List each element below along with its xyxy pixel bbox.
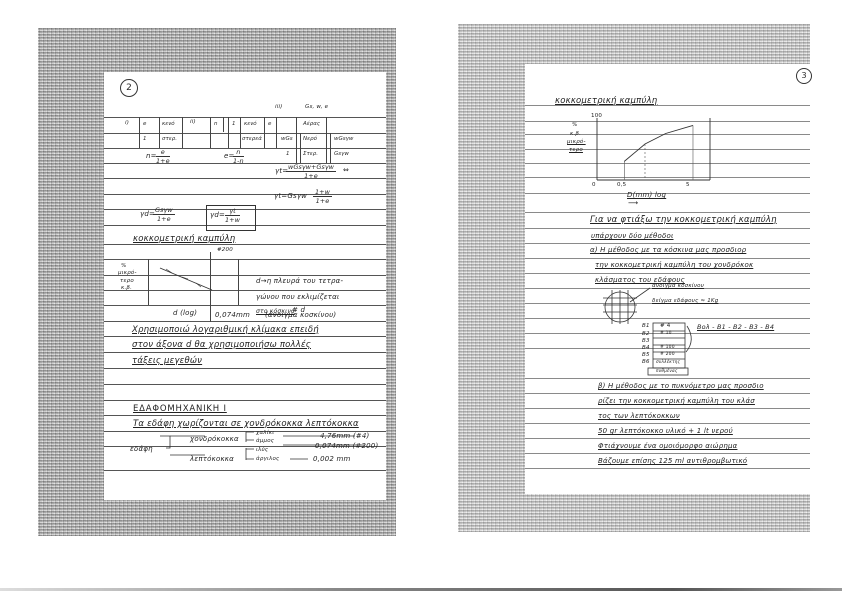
y-axis-label: %: [572, 122, 577, 128]
right-chart-title: κοκκομετρική καμπύλη: [555, 96, 657, 106]
section-intro: Τα εδάφη χωρίζονται σε χονδρόκοκκα λεπτό…: [133, 419, 359, 429]
sieve-200-mark: #200: [217, 247, 233, 253]
page-number-left: 2: [120, 79, 138, 97]
section-title: ΕΔΑΦΟΜΗΧΑΝΙΚΗ Ι: [133, 404, 227, 414]
boxed-formula-dry-unit-weight: γd= γt1+w: [206, 205, 256, 231]
grading-curve-title: κοκκομετρική καμπύλη: [133, 234, 235, 244]
scan-bottom-edge: [0, 588, 842, 591]
page-number-right: 3: [796, 68, 812, 84]
x-direction-arrow: ⟶: [628, 199, 638, 207]
